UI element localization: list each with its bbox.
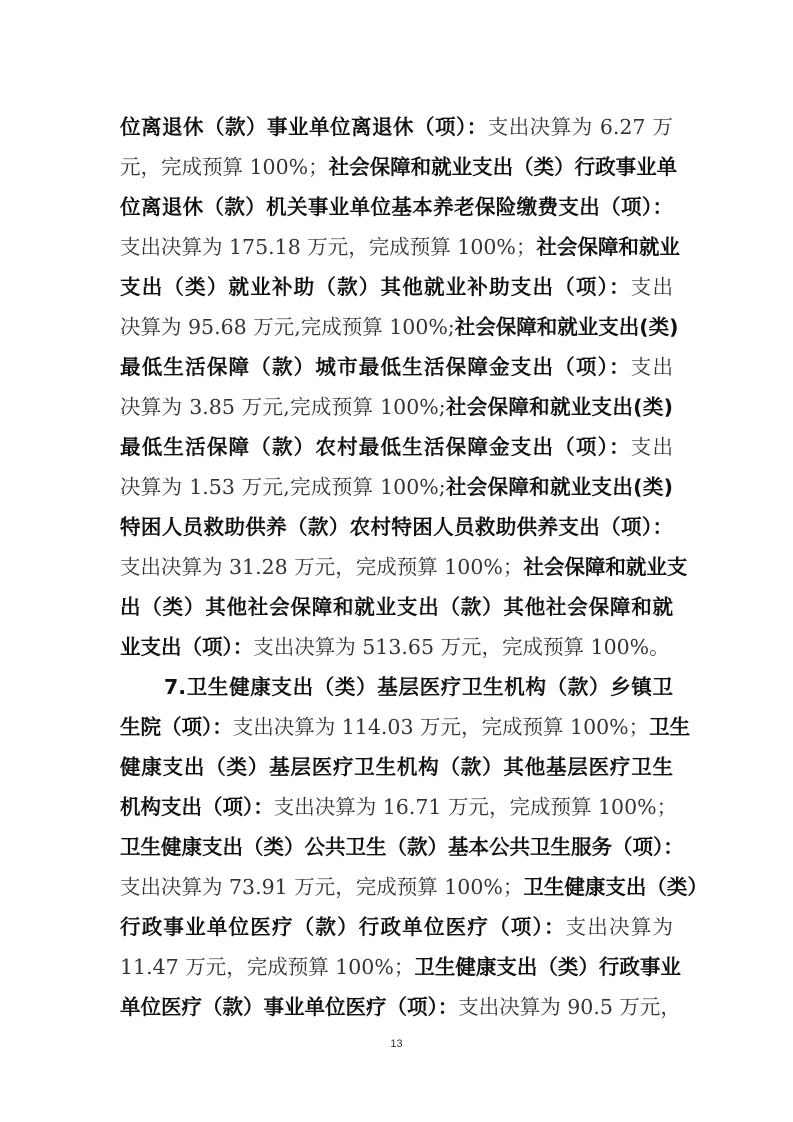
text-line: 决算为 3.85 万元,完成预算 100%;社会保障和就业支出(类)	[120, 387, 673, 427]
bold-budget-item: 单位医疗（款）事业单位医疗（项）：	[120, 995, 458, 1019]
text-line: 特困人员救助供养（款）农村特困人员救助供养支出（项）：	[120, 507, 673, 547]
bold-budget-item: 机构支出（项）：	[120, 795, 274, 819]
budget-amount-text: 支出决算为 31.28 万元，完成预算 100%；	[120, 555, 523, 579]
text-line: 11.47 万元，完成预算 100%；卫生健康支出（类）行政事业	[120, 947, 673, 987]
text-line: 元，完成预算 100%；社会保障和就业支出（类）行政事业单	[120, 147, 673, 187]
text-line: 单位医疗（款）事业单位医疗（项）：支出决算为 90.5 万元，	[120, 987, 673, 1027]
text-line: 最低生活保障（款）城市最低生活保障金支出（项）：支出	[120, 347, 673, 387]
bold-budget-item: 社会保障和就业支出(类)	[446, 475, 673, 499]
budget-amount-text: 支出	[631, 435, 673, 459]
bold-budget-item: 业支出（项）：	[120, 635, 253, 659]
text-line: 业支出（项）：支出决算为 513.65 万元，完成预算 100%。	[120, 627, 673, 667]
text-line: 卫生健康支出（类）公共卫生（款）基本公共卫生服务（项）：	[120, 827, 673, 867]
text-line: 位离退休（款）机关事业单位基本养老保险缴费支出（项）：	[120, 187, 673, 227]
bold-budget-item: 社会保障和就业支出（类）行政事业单	[329, 155, 678, 179]
text-line: 行政事业单位医疗（款）行政单位医疗（项）：支出决算为	[120, 907, 673, 947]
budget-amount-text: 决算为 3.85 万元,完成预算 100%;	[120, 395, 446, 419]
budget-amount-text: 支出决算为 6.27 万	[488, 115, 673, 139]
bold-budget-item: 特困人员救助供养（款）农村特困人员救助供养支出（项）：	[120, 515, 673, 539]
bold-budget-item: 社会保障和就业支出(类)	[455, 315, 679, 339]
bold-budget-item: 位离退休（款）机关事业单位基本养老保险缴费支出（项）：	[120, 195, 673, 219]
text-line: 最低生活保障（款）农村最低生活保障金支出（项）：支出	[120, 427, 673, 467]
bold-budget-item: 社会保障和就业支出(类)	[446, 395, 673, 419]
text-line: 生院（项）：支出决算为 114.03 万元，完成预算 100%；卫生	[120, 707, 673, 747]
bold-budget-item: 行政事业单位医疗（款）行政单位医疗（项）：	[120, 915, 566, 939]
bold-budget-item: 卫生健康支出（类）行政事业	[414, 955, 681, 979]
bold-budget-item: 支出（类）就业补助（款）其他就业补助支出（项）：	[120, 275, 631, 299]
page-number: 13	[0, 1038, 793, 1050]
budget-amount-text: 支出决算为 73.91 万元，完成预算 100%；	[120, 875, 523, 899]
bold-budget-item: 社会保障和就业支	[523, 555, 687, 579]
bold-budget-item: 生院（项）：	[120, 715, 233, 739]
text-line: 机构支出（项）：支出决算为 16.71 万元，完成预算 100%；	[120, 787, 673, 827]
text-line: 决算为 95.68 万元,完成预算 100%;社会保障和就业支出(类)	[120, 307, 673, 347]
text-line: 位离退休（款）事业单位离退休（项）：支出决算为 6.27 万	[120, 107, 673, 147]
text-line: 支出（类）就业补助（款）其他就业补助支出（项）：支出	[120, 267, 673, 307]
budget-amount-text: 支出	[631, 355, 673, 379]
bold-budget-item: 最低生活保障（款）农村最低生活保障金支出（项）：	[120, 435, 631, 459]
text-line: 支出决算为 73.91 万元，完成预算 100%；卫生健康支出（类）	[120, 867, 673, 907]
body-text: 位离退休（款）事业单位离退休（项）：支出决算为 6.27 万元，完成预算 100…	[120, 107, 673, 1027]
budget-amount-text: 支出	[631, 275, 673, 299]
budget-amount-text: 支出决算为	[566, 915, 673, 939]
budget-amount-text: 11.47 万元，完成预算 100%；	[120, 955, 414, 979]
text-line: 健康支出（类）基层医疗卫生机构（款）其他基层医疗卫生	[120, 747, 673, 787]
budget-amount-text: 决算为 95.68 万元,完成预算 100%;	[120, 315, 455, 339]
text-line: 出（类）其他社会保障和就业支出（款）其他社会保障和就	[120, 587, 673, 627]
budget-amount-text: 元，完成预算 100%；	[120, 155, 329, 179]
bold-budget-item: 位离退休（款）事业单位离退休（项）：	[120, 115, 488, 139]
budget-amount-text: 支出决算为 513.65 万元，完成预算 100%。	[253, 635, 669, 659]
bold-budget-item: 7.卫生健康支出（类）基层医疗卫生机构（款）乡镇卫	[164, 675, 673, 699]
document-page: 位离退休（款）事业单位离退休（项）：支出决算为 6.27 万元，完成预算 100…	[0, 0, 793, 1122]
bold-budget-item: 社会保障和就业	[536, 235, 680, 259]
budget-amount-text: 支出决算为 114.03 万元，完成预算 100%；	[233, 715, 649, 739]
text-line: 支出决算为 31.28 万元，完成预算 100%；社会保障和就业支	[120, 547, 673, 587]
bold-budget-item: 卫生	[649, 715, 690, 739]
bold-budget-item: 健康支出（类）基层医疗卫生机构（款）其他基层医疗卫生	[120, 755, 673, 779]
budget-amount-text: 决算为 1.53 万元,完成预算 100%;	[120, 475, 446, 499]
section-heading-line: 7.卫生健康支出（类）基层医疗卫生机构（款）乡镇卫	[120, 667, 673, 707]
bold-budget-item: 最低生活保障（款）城市最低生活保障金支出（项）：	[120, 355, 631, 379]
bold-budget-item: 卫生健康支出（类）	[523, 875, 708, 899]
budget-amount-text: 支出决算为 175.18 万元，完成预算 100%；	[120, 235, 536, 259]
budget-amount-text: 支出决算为 90.5 万元，	[458, 995, 681, 1019]
text-line: 支出决算为 175.18 万元，完成预算 100%；社会保障和就业	[120, 227, 673, 267]
budget-amount-text: 支出决算为 16.71 万元，完成预算 100%；	[274, 795, 677, 819]
text-line: 决算为 1.53 万元,完成预算 100%;社会保障和就业支出(类)	[120, 467, 673, 507]
bold-budget-item: 卫生健康支出（类）公共卫生（款）基本公共卫生服务（项）：	[120, 835, 684, 859]
bold-budget-item: 出（类）其他社会保障和就业支出（款）其他社会保障和就	[120, 595, 673, 619]
